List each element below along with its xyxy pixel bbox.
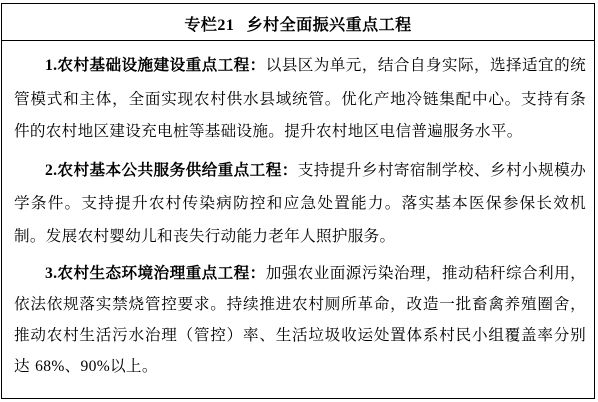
item-ecology: 3.农村生态环境治理重点工程：加强农业面源污染治理，推动秸秆综合利用，依法依规落… — [14, 258, 586, 382]
separator: 、 — [65, 357, 81, 375]
item-number: 3. — [45, 265, 57, 282]
box-title: 专栏21 乡村全面振兴重点工程 — [184, 10, 411, 35]
item-heading: 1.农村基础设施建设重点工程： — [45, 56, 266, 74]
item-infrastructure: 1.农村基础设施建设重点工程：以县区为单元，结合自身实际，选择适宜的统管模式和主… — [14, 49, 586, 148]
item-heading: 2.农村基本公共服务供给重点工程： — [45, 161, 298, 179]
item-number: 2. — [45, 162, 57, 179]
box-header: 专栏21 乡村全面振兴重点工程 — [2, 4, 594, 41]
feature-box: 专栏21 乡村全面振兴重点工程 1.农村基础设施建设重点工程：以县区为单元，结合… — [1, 3, 595, 399]
item-heading-text: 农村基础设施建设重点工程： — [57, 56, 265, 74]
item-heading-text: 农村生态环境治理重点工程： — [57, 264, 265, 282]
item-heading-text: 农村基本公共服务供给重点工程： — [57, 161, 297, 179]
item-heading: 3.农村生态环境治理重点工程： — [45, 264, 266, 282]
title-number: 21 — [217, 17, 234, 34]
box-content: 1.农村基础设施建设重点工程：以县区为单元，结合自身实际，选择适宜的统管模式和主… — [2, 41, 594, 382]
coverage-pct-garbage: 90% — [81, 358, 110, 375]
item-public-services: 2.农村基本公共服务供给重点工程：支持提升乡村寄宿制学校、乡村小规模办学条件。支… — [14, 154, 586, 253]
title-text: 乡村全面振兴重点工程 — [247, 15, 412, 34]
item-body-end: 以上。 — [110, 357, 158, 375]
item-number: 1. — [45, 57, 57, 74]
coverage-pct-sewage: 68% — [35, 358, 64, 375]
title-prefix: 专栏 — [184, 15, 217, 34]
